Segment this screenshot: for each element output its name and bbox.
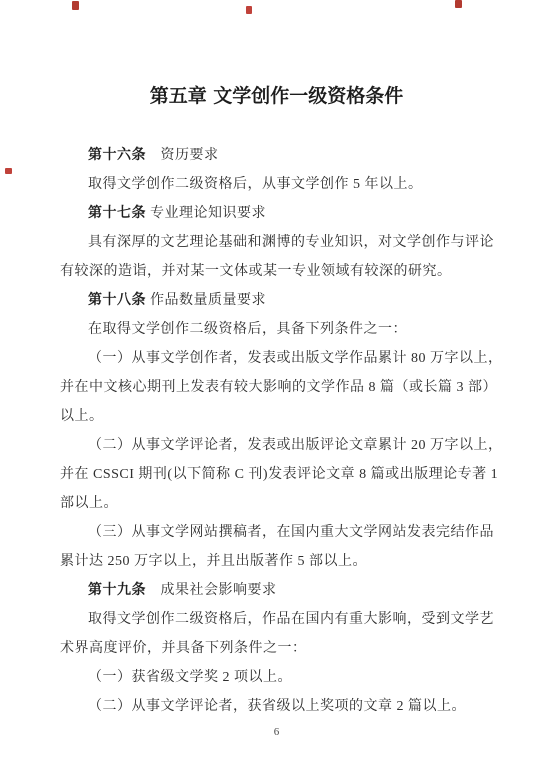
line-text: 累计达 250 万字以上，并且出版著作 5 部以上。 [60,554,367,569]
line-text: 以上。 [60,409,104,424]
text-line: 有较深的造诣，并对某一文体或某一专业领域有较深的研究。 [60,257,493,286]
text-line: 第十六条 资历要求 [60,141,493,170]
line-text: （三）从事文学网站撰稿者，在国内重大文学网站发表完结作品 [88,525,494,540]
text-line: 累计达 250 万字以上，并且出版著作 5 部以上。 [60,547,493,576]
text-line: （一）获省级文学奖 2 项以上。 [60,663,493,692]
scan-mark [72,1,79,10]
line-text: （二）从事文学评论者，获省级以上奖项的文章 2 篇以上。 [88,699,466,714]
scan-mark [246,6,252,14]
line-text: 作品数量质量要求 [146,293,266,308]
page-number: 6 [0,726,553,739]
article-number: 第十六条 [88,148,146,163]
scan-mark [455,0,462,8]
text-line: （二）从事文学评论者，获省级以上奖项的文章 2 篇以上。 [60,692,493,721]
line-text: 资历要求 [146,148,219,163]
document-page: 第五章 文学创作一级资格条件 第十六条 资历要求 取得文学创作二级资格后，从事文… [0,0,553,783]
line-text: 具有深厚的文艺理论基础和渊博的专业知识，对文学创作与评论 [88,235,494,250]
chapter-title: 第五章 文学创作一级资格条件 [0,0,553,107]
line-text: （二）从事文学评论者，发表或出版评论文章累计 20 万字以上， [88,438,503,453]
text-line: 在取得文学创作二级资格后，具备下列条件之一： [60,315,493,344]
line-text: 取得文学创作二级资格后，作品在国内有重大影响，受到文学艺 [88,612,494,627]
article-number: 第十八条 [88,293,146,308]
article-number: 第十七条 [88,206,146,221]
line-text: 并在中文核心期刊上发表有较大影响的文学作品 8 篇（或长篇 3 部） [60,380,497,395]
line-text: 取得文学创作二级资格后，从事文学创作 5 年以上。 [88,177,423,192]
text-line: 第十七条 专业理论知识要求 [60,199,493,228]
article-number: 第十九条 [88,583,146,598]
text-line: 第十八条 作品数量质量要求 [60,286,493,315]
text-line: 术界高度评价，并具备下列条件之一： [60,634,493,663]
text-line: 具有深厚的文艺理论基础和渊博的专业知识，对文学创作与评论 [60,228,493,257]
text-line: （一）从事文学创作者，发表或出版文学作品累计 80 万字以上， [60,344,493,373]
text-line: 取得文学创作二级资格后，作品在国内有重大影响，受到文学艺 [60,605,493,634]
text-line: 取得文学创作二级资格后，从事文学创作 5 年以上。 [60,170,493,199]
line-text: 术界高度评价，并具备下列条件之一： [60,641,307,656]
text-line: （二）从事文学评论者，发表或出版评论文章累计 20 万字以上， [60,431,493,460]
line-text: 有较深的造诣，并对某一文体或某一专业领域有较深的研究。 [60,264,452,279]
text-line: 部以上。 [60,489,493,518]
text-line: 并在 CSSCI 期刊(以下简称 C 刊)发表评论文章 8 篇或出版理论专著 1 [60,460,493,489]
document-body: 第十六条 资历要求 取得文学创作二级资格后，从事文学创作 5 年以上。 第十七条… [0,141,553,721]
line-text: （一）从事文学创作者，发表或出版文学作品累计 80 万字以上， [88,351,503,366]
line-text: 部以上。 [60,496,118,511]
line-text: 并在 CSSCI 期刊(以下简称 C 刊)发表评论文章 8 篇或出版理论专著 1 [60,467,498,482]
line-text: 专业理论知识要求 [146,206,266,221]
text-line: 并在中文核心期刊上发表有较大影响的文学作品 8 篇（或长篇 3 部） [60,373,493,402]
line-text: 在取得文学创作二级资格后，具备下列条件之一： [88,322,407,337]
scan-mark [5,168,12,174]
line-text: （一）获省级文学奖 2 项以上。 [88,670,292,685]
text-line: 以上。 [60,402,493,431]
text-line: （三）从事文学网站撰稿者，在国内重大文学网站发表完结作品 [60,518,493,547]
line-text: 成果社会影响要求 [146,583,277,598]
text-line: 第十九条 成果社会影响要求 [60,576,493,605]
